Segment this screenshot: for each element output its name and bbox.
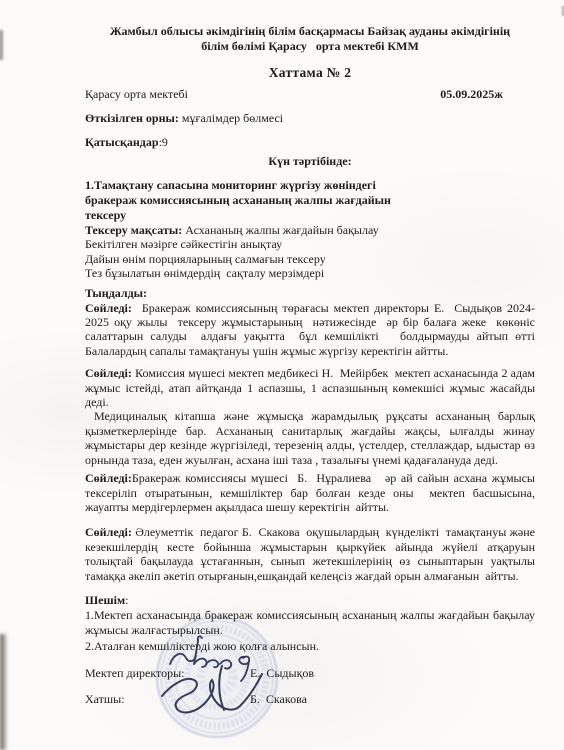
- decision-heading-word: Шешім: [85, 593, 125, 607]
- agenda-item-line: тексеру: [85, 208, 535, 223]
- secretary-signature: [158, 658, 273, 720]
- purpose-item: Тез бұзылатын өнімдердің сақталу мерзімд…: [85, 266, 535, 280]
- speech-paragraph: Сөйледі: Әлеуметтік педагог Б. Скакова о…: [85, 525, 535, 583]
- speech-text: Бракераж комиссиясы мүшесі Б. Нұралиева …: [85, 471, 538, 514]
- agenda-item-line: 1.Тамақтану сапасына мониторинг жүргізу …: [85, 178, 535, 193]
- speaker-label: Сөйледі:: [85, 471, 132, 485]
- speaker-label: Сөйледі:: [85, 525, 132, 539]
- speaker-label: Сөйледі:: [85, 301, 132, 315]
- agenda-item-line: бракераж комиссиясының асхананың жалпы ж…: [85, 193, 535, 208]
- speech-paragraph: Сөйледі: Бракераж комиссиясының төрағасы…: [85, 301, 535, 359]
- document-content: Жамбыл облысы әкімдігінің білім басқарма…: [85, 24, 535, 718]
- speech-paragraph: Сөйледі:Бракераж комиссиясы мүшесі Б. Нұ…: [85, 471, 535, 514]
- speech-text: Бракераж комиссиясының төрағасы мектеп д…: [85, 301, 538, 358]
- participants-line: Қатысқандар:9: [85, 135, 535, 150]
- decision-item: 2.Аталған кемшіліктерді жою қолға алынсы…: [85, 639, 535, 655]
- header-line-2: білім бөлімі Қарасу орта мектебі КММ: [85, 39, 535, 54]
- signature-block: Мектеп директоры: Е. Сыдықов Хатшы: Б. С…: [85, 666, 535, 718]
- decision-item: 1.Мектеп асханасында бракераж комиссиясы…: [85, 608, 535, 639]
- speaker-label: Сөйледі:: [85, 366, 132, 380]
- speech-paragraph: Сөйледі: Комиссия мүшесі мектеп медбикес…: [85, 366, 535, 409]
- protocol-title: Хаттама № 2: [85, 64, 535, 82]
- purpose-label: Тексеру мақсаты:: [85, 223, 182, 237]
- school-name: Қарасу орта мектебі: [85, 87, 188, 102]
- speech-text: Әлеуметтік педагог Б. Скакова оқушыларды…: [85, 525, 538, 582]
- venue-value: мұғалімдер бөлмесі: [179, 111, 283, 125]
- header-line-1: Жамбыл облысы әкімдігінің білім басқарма…: [85, 24, 535, 39]
- purpose-item: Бекітілген мәзірге сәйкестігін анықтау: [85, 237, 535, 251]
- purpose-value: Асхананың жалпы жағдайын бақылау: [182, 223, 378, 237]
- decision-heading: Шешім:: [85, 593, 535, 608]
- signature-row-director: Мектеп директоры: Е. Сыдықов: [85, 666, 535, 692]
- venue-line: Өткізілген орны: мұғалімдер бөлмесі: [85, 111, 535, 126]
- agenda-item: 1.Тамақтану сапасына мониторинг жүргізу …: [85, 178, 535, 223]
- protocol-date: 05.09.2025ж: [440, 87, 503, 102]
- purpose-line: Тексеру мақсаты: Асхананың жалпы жағдайы…: [85, 223, 535, 237]
- scan-artifact-top-left: [0, 30, 4, 60]
- signature-row-secretary: Хатшы: Б. Скакова: [85, 692, 535, 718]
- meta-row: Қарасу орта мектебі 05.09.2025ж: [85, 87, 535, 102]
- agenda-heading: Күн тәртібінде:: [85, 154, 535, 169]
- scan-artifact-bottom-left: [0, 634, 8, 750]
- document-header: Жамбыл облысы әкімдігінің білім басқарма…: [85, 24, 535, 54]
- participants-label: Қатысқандар: [85, 135, 159, 149]
- scanned-protocol-document: Жамбыл облысы әкімдігінің білім басқарма…: [0, 0, 564, 750]
- decision-heading-colon: :: [125, 593, 128, 607]
- speech-text: Комиссия мүшесі мектеп медбикесі Н. Мейі…: [85, 366, 538, 409]
- secretary-label: Хатшы:: [85, 692, 125, 706]
- purpose-item: Дайын өнім порцияларының салмағын тексер…: [85, 252, 535, 266]
- heard-heading: Тыңдалды:: [85, 286, 535, 301]
- venue-label: Өткізілген орны:: [85, 111, 179, 125]
- speech-continuation: Медициналық кітапша және жұмысқа жарамды…: [85, 409, 535, 467]
- participants-count: :9: [159, 135, 168, 149]
